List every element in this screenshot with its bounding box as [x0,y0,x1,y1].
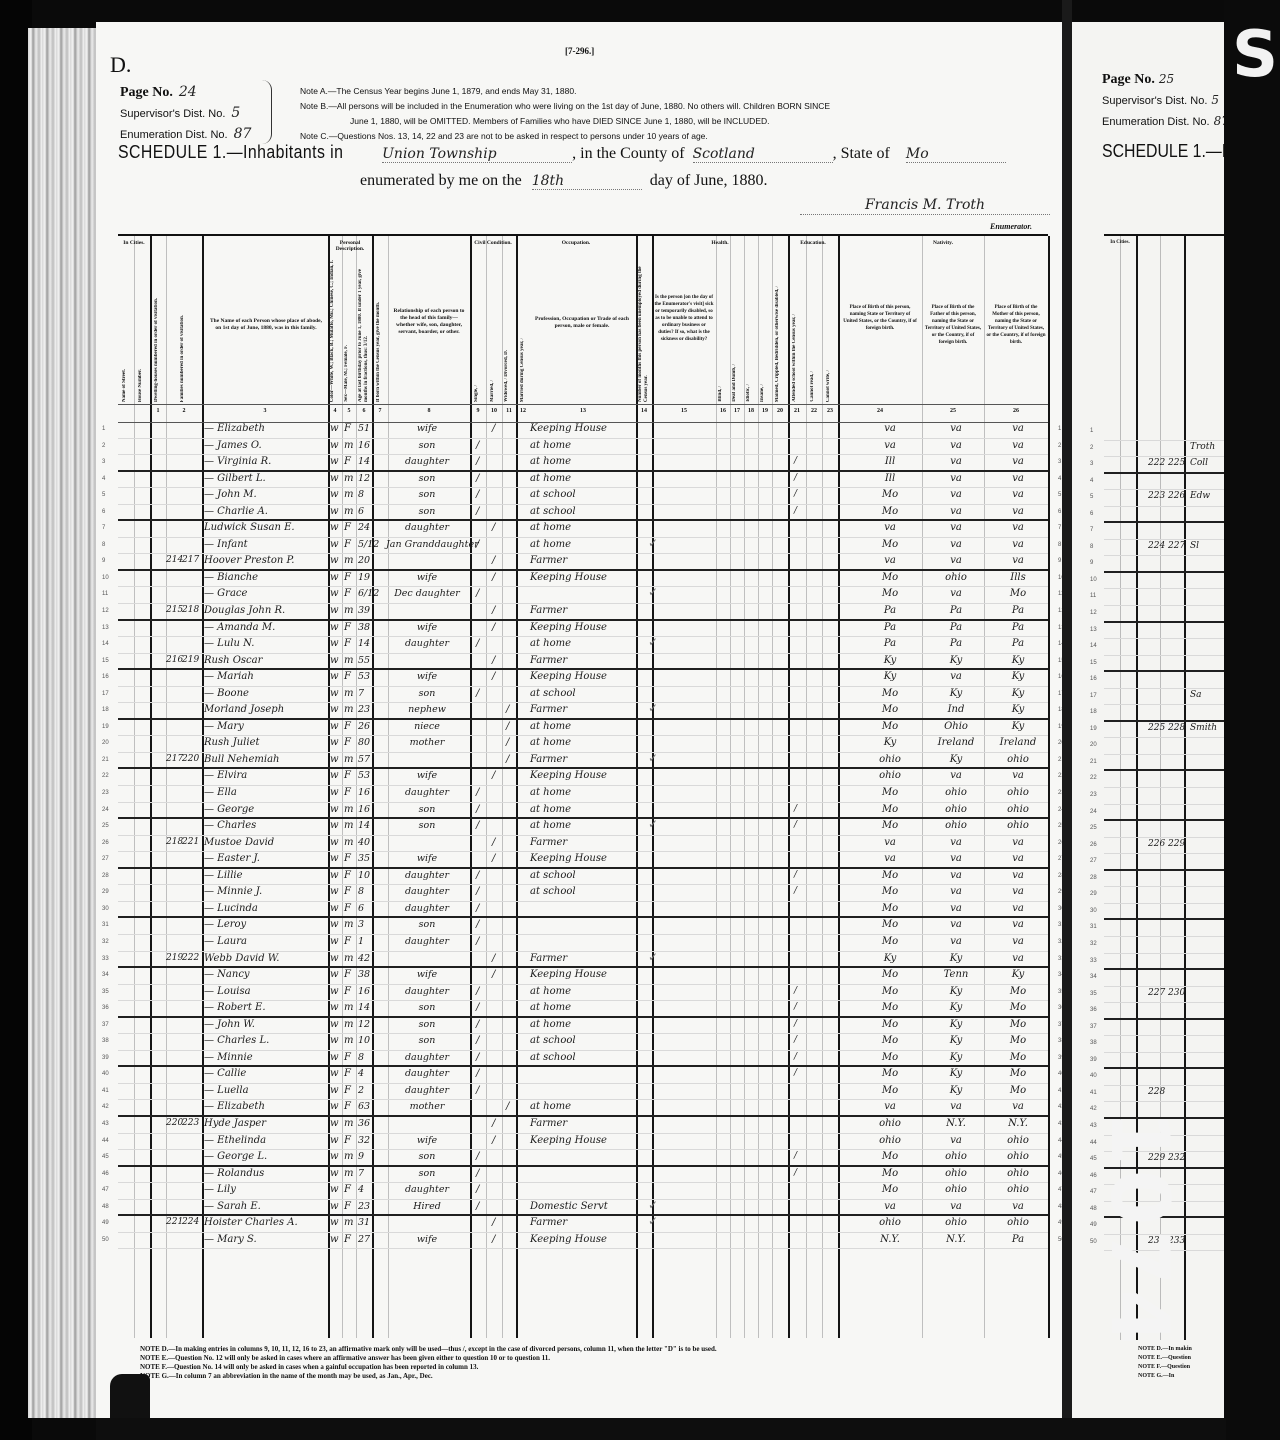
single-mark: / [476,1168,479,1179]
family-number: 222 [182,953,199,963]
colnum: 9 [470,408,486,414]
sex-code: F [344,1234,351,1245]
line-number: 8 [102,542,105,548]
mother-birthplace: va [988,1101,1048,1112]
sex-code: m [344,1217,353,1228]
occupation: at home [530,804,571,815]
single-mark: / [476,820,479,831]
occupation: at home [530,1002,571,1013]
color-code: w [330,770,339,781]
school-mark: / [794,1019,797,1029]
line-number: 16 [1090,676,1097,682]
line-number: 13 [1090,627,1097,633]
single-mark: / [476,456,479,467]
table-row: 40 [1104,1069,1226,1086]
line-number: 23 [1090,792,1097,798]
table-row: 14— Lulu N.wF14daughter/at home✓PaPaPa14 [118,637,1048,654]
single-mark: / [476,688,479,699]
father-birthplace: ohio [926,820,986,831]
person-name: Edw [1190,491,1210,501]
married-mark: / [492,555,495,566]
relationship: daughter [386,1085,468,1096]
mother-birthplace: Mo [988,1035,1048,1046]
line-number: 38 [1090,1040,1097,1046]
table-row: 18Morland Josephwm23nephew/Farmer✓MoIndK… [118,703,1048,720]
occupation: Farmer [530,555,567,566]
father-birthplace: va [926,522,986,533]
person-name: Morland Joseph [204,704,284,715]
single-mark: / [476,936,479,947]
sex-code: m [344,1168,353,1179]
table-row: 13— Amanda M.wF38wife/Keeping HousePaPaP… [118,621,1048,638]
occupation: Farmer [530,953,567,964]
line-number: 4 [1090,478,1093,484]
table-row: 9214217Hoover Preston P.wm20/Farmervavav… [118,554,1048,571]
mother-birthplace: Ky [988,721,1048,732]
dwelling-family-number: 225 228 [1148,723,1185,733]
sex-code: m [344,754,353,765]
single-mark: / [476,489,479,500]
color-code: w [330,804,339,815]
table-row: 37— John W.wm12son/at home/MoKyMo37 [118,1018,1048,1035]
school-mark: / [794,506,797,516]
table-row: 41228 [1104,1086,1226,1103]
line-number: 4 [102,476,105,482]
colnum: 22 [806,408,822,414]
widowed-mark: / [506,754,509,765]
single-mark: / [476,440,479,451]
relationship: mother [386,1101,468,1112]
mother-birthplace: Ky [988,704,1048,715]
occupation: Keeping House [530,423,607,434]
table-row: 7Ludwick Susan E.wF24daughter/at homevav… [118,521,1048,538]
age: 14 [358,820,370,831]
father-birthplace: Ind [926,704,986,715]
adj-enumeration-label: Enumeration Dist. No. [1102,116,1210,128]
father-birthplace: va [926,456,986,467]
relationship: wife [386,1234,468,1245]
father-birthplace: ohio [926,1168,986,1179]
line-number: 24 [102,807,109,813]
note-g: NOTE G.—In column 7 an abbreviation in t… [140,1372,717,1381]
relationship: wife [386,1135,468,1146]
occupation: Farmer [530,655,567,666]
birthplace: Ky [860,953,920,964]
line-number: 21 [1090,759,1097,765]
age: 16 [358,986,370,997]
group-education: Education. [788,240,838,246]
color-code: w [330,986,339,997]
father-birthplace: va [926,1101,986,1112]
single-mark: / [476,1184,479,1195]
table-row: 2Troth [1104,441,1226,458]
age: 16 [358,804,370,815]
table-row: 6— Charlie A.wm6son/at school/Movava6 [118,505,1048,522]
occupation: Domestic Servt [530,1201,608,1212]
birthplace: Mo [860,572,920,583]
age: 38 [358,622,370,633]
colnum: 15 [652,408,716,414]
mother-birthplace: ohio [988,820,1048,831]
mother-birthplace: ohio [988,1217,1048,1228]
table-row: 38— Charles L.wm10son/at school/MoKyMo38 [118,1034,1048,1051]
scan-dark-edge [1224,0,1280,1440]
age: 6 [358,903,364,914]
occupation: at home [530,522,571,533]
color-code: w [330,837,339,848]
line-number: 1 [1090,428,1093,434]
table-row: 22— ElvirawF53wife/Keeping Houseohiovava… [118,769,1048,786]
adj-note-e: NOTE E.—Question [1138,1354,1192,1363]
table-row: 13 [1104,623,1226,640]
father-birthplace: Pa [926,622,986,633]
birthplace: Mo [860,870,920,881]
school-mark: / [794,1168,797,1178]
married-mark: / [492,969,495,980]
birthplace: Mo [860,1068,920,1079]
person-name: — Mary S. [204,1234,257,1245]
birthplace: va [860,440,920,451]
school-mark: / [794,489,797,499]
relationship: daughter [386,787,468,798]
schedule-title: SCHEDULE 1.—Inhabitants in [118,142,343,163]
sex-code: m [344,489,353,500]
father-birthplace: Ky [926,1019,986,1030]
colnum: 13 [530,408,636,414]
mother-birthplace: ohio [988,804,1048,815]
table-row: 46— Rolanduswm7son//Moohioohio46 [118,1167,1048,1184]
line-number: 2 [1090,445,1093,451]
occupation: at home [530,473,571,484]
birthplace: Ky [860,671,920,682]
person-name: Hoister Charles A. [204,1217,298,1228]
col-divider [1048,236,1050,1338]
color-code: w [330,1118,339,1129]
mother-birthplace: va [988,423,1048,434]
line-number: 12 [1090,610,1097,616]
sex-code: m [344,1019,353,1030]
brace-decoration [262,80,272,144]
color-code: w [330,1135,339,1146]
mother-birthplace: Pa [988,622,1048,633]
person-name: — Ella [204,787,237,798]
table-row: 15216219Rush Oscarwm55/FarmerKyKyKy15 [118,654,1048,671]
sex-code: m [344,804,353,815]
colnum: 1 [150,408,166,414]
married-mark: / [492,423,495,434]
person-name: Sl [1190,541,1199,551]
mother-birthplace: ohio [988,754,1048,765]
relationship: son [386,1002,468,1013]
father-birthplace: va [926,588,986,599]
table-row: 47— LilywF4daughter/Moohioohio47 [118,1183,1048,1200]
father-birthplace: va [926,473,986,484]
sex-code: F [344,1068,351,1079]
mother-birthplace: Ky [988,969,1048,980]
occupation: Farmer [530,605,567,616]
verification-check-icon: ✓ [648,635,658,649]
hdr-deaf: Deaf and Dumb, / [732,364,738,402]
married-mark: / [492,655,495,666]
birthplace: va [860,853,920,864]
person-name: Smith [1190,723,1217,733]
occupation: at school [530,506,576,517]
color-code: w [330,870,339,881]
age: 20 [358,555,370,566]
table-row: 26226 229 [1104,838,1226,855]
township-field: Union Township [382,146,572,163]
line-number: 6 [102,509,105,515]
verification-check-icon: ✓ [648,1198,658,1212]
supervisor-value: 5 [231,105,240,121]
person-name: — Mariah [204,671,254,682]
table-row: 10— BianchewF19wife/Keeping HouseMoohioI… [118,571,1048,588]
adj-schedule-title: SCHEDULE 1.—In [1102,141,1235,162]
person-name: Douglas John R. [204,605,285,616]
dwelling-family-number: 223 226 [1148,491,1185,501]
relationship: daughter [386,903,468,914]
sex-code: F [344,522,351,533]
note-b-cont: June 1, 1880, will be OMITTED. Members o… [300,114,830,129]
adjacent-page-metadata: Page No.25 Supervisor's Dist. No.5 Enume… [1102,72,1229,135]
age: 40 [358,837,370,848]
dwelling-number: 216 [166,655,183,665]
color-code: w [330,638,339,649]
birthplace: Mo [860,489,920,500]
mother-birthplace: va [988,473,1048,484]
single-mark: / [476,506,479,517]
single-mark: / [476,903,479,914]
table-row: 3222 225Coll [1104,457,1226,474]
line-number: 2 [102,443,105,449]
table-row: 14 [1104,639,1226,656]
age: 8 [358,489,364,500]
person-name: — Mary [204,721,244,732]
line-number-right: 4 [1058,476,1061,482]
father-birthplace: va [926,1135,986,1146]
adjacent-footer-notes: NOTE D.—In makin NOTE E.—Question NOTE F… [1138,1345,1192,1381]
line-number: 25 [102,823,109,829]
mother-birthplace: ohio [988,1168,1048,1179]
sex-code: F [344,903,351,914]
sex-code: F [344,622,351,633]
age: 53 [358,770,370,781]
line-number: 43 [102,1121,109,1127]
occupation: at home [530,737,571,748]
age: 5/12 [358,539,379,550]
line-number: 24 [1090,809,1097,815]
table-row: 50— Mary S.wF27wife/Keeping HouseN.Y.N.Y… [118,1233,1048,1250]
married-mark: / [492,1234,495,1245]
sex-code: F [344,588,351,599]
father-birthplace: va [926,903,986,914]
occupation: at home [530,638,571,649]
group-occupation: Occupation. [516,240,636,246]
line-number: 32 [1090,941,1097,947]
relationship: daughter [386,638,468,649]
single-mark: / [476,919,479,930]
person-name: — Boone [204,688,249,699]
line-number: 36 [102,1005,109,1011]
school-mark: / [794,1002,797,1012]
table-row: 28 [1104,871,1226,888]
relationship: wife [386,423,468,434]
dwelling-number: 219 [166,953,183,963]
line-number: 5 [1090,494,1093,500]
father-birthplace: va [926,870,986,881]
table-row: 27 [1104,854,1226,871]
birthplace: ohio [860,770,920,781]
relationship: wife [386,671,468,682]
mother-birthplace: va [988,936,1048,947]
relationship: wife [386,572,468,583]
table-row: 3— Virginia R.wF14daughter/at home/Illva… [118,455,1048,472]
color-code: w [330,1101,339,1112]
person-name: — Easter J. [204,853,260,864]
color-code: w [330,886,339,897]
person-name: — George [204,804,254,815]
line-number-right: 7 [1058,525,1061,531]
verification-check-icon: ✓ [648,817,658,831]
mother-birthplace: Mo [988,1052,1048,1063]
table-row: 10 [1104,573,1226,590]
age: 6/12 [358,588,379,599]
birthplace: Mo [860,1168,920,1179]
hdr-married: Married, / [490,380,496,402]
table-row: 5223 226Edw [1104,490,1226,507]
colnum: 21 [788,408,806,414]
page-stack-edge [28,28,98,1418]
colnum: 14 [636,408,652,414]
occupation: at home [530,721,571,732]
age: 8 [358,1052,364,1063]
table-row: 19225 228Smith [1104,722,1226,739]
table-row: 7 [1104,523,1226,540]
birthplace: Mo [860,721,920,732]
verification-check-icon: ✓ [648,950,658,964]
widowed-mark: / [506,1101,509,1112]
mother-birthplace: va [988,506,1048,517]
line-number: 7 [102,525,105,531]
county-field: Scotland [693,146,833,163]
table-row: 40— CalliewF4daughter//MoKyMo40 [118,1067,1048,1084]
color-code: w [330,671,339,682]
line-number-right: 2 [1058,443,1061,449]
line-number: 46 [102,1171,109,1177]
sex-code: F [344,671,351,682]
line-number: 38 [102,1038,109,1044]
colnum: 19 [758,408,772,414]
occupation: at home [530,1101,571,1112]
verification-check-icon: ✓ [648,701,658,715]
line-number: 8 [1090,544,1093,550]
single-mark: / [476,986,479,997]
person-name: — Rolandus [204,1168,264,1179]
school-mark: / [794,1035,797,1045]
occupation: at school [530,489,576,500]
table-row: 6 [1104,507,1226,524]
father-birthplace: N.Y. [926,1118,986,1129]
note-b: Note B.—All persons will be included in … [300,99,830,114]
colnum: 4 [328,408,342,414]
occupation: Keeping House [530,1135,607,1146]
mother-birthplace: Mo [988,1085,1048,1096]
table-row: 8224 227Sl [1104,540,1226,557]
family-number: 219 [182,655,199,665]
school-mark: / [794,1068,797,1078]
occupation: Keeping House [530,572,607,583]
father-birthplace: va [926,423,986,434]
person-name: — Gilbert L. [204,473,266,484]
occupation: at home [530,539,571,550]
note-a: Note A.—The Census Year begins June 1, 1… [300,84,830,99]
age: 51 [358,423,370,434]
footer-notes: NOTE D.—In making entries in columns 9, … [140,1345,717,1381]
table-row: 26218221Mustoe Davidwm40/Farmervavava26 [118,836,1048,853]
birthplace: Mo [860,1002,920,1013]
sex-code: m [344,1151,353,1162]
color-code: w [330,1085,339,1096]
table-row: 24— Georgewm16son/at home/Moohioohio24 [118,803,1048,820]
group-health: Health. [652,240,788,246]
line-number: 37 [1090,1024,1097,1030]
birthplace: Ky [860,737,920,748]
mother-birthplace: Mo [988,986,1048,997]
occupation: Farmer [530,754,567,765]
father-birthplace: va [926,671,986,682]
color-code: w [330,704,339,715]
relationship: wife [386,853,468,864]
birthplace: ohio [860,1217,920,1228]
color-code: w [330,555,339,566]
line-number: 9 [1090,560,1093,566]
line-number: 1 [102,426,105,432]
relationship: daughter [386,1068,468,1079]
birthplace: Ky [860,655,920,666]
line-number: 22 [102,773,109,779]
group-personal: Personal Description. [328,240,372,252]
birthplace: va [860,1101,920,1112]
census-table: In Cities. Personal Description. Civil C… [118,236,1048,1338]
table-row: 33 [1104,954,1226,971]
birthplace: va [860,1201,920,1212]
table-row: 49221224Hoister Charles A.wm31/Farmer✓oh… [118,1216,1048,1233]
single-mark: / [476,1035,479,1046]
father-birthplace: Ky [926,953,986,964]
occupation: Keeping House [530,622,607,633]
line-number: 9 [102,558,105,564]
occupation: Keeping House [530,853,607,864]
line-number: 30 [1090,908,1097,914]
person-name: — Laura [204,936,247,947]
hdr-relationship: Relationship of each person to the head … [392,308,466,336]
table-row: 20Rush JulietwF80mother/at homeKyIreland… [118,736,1048,753]
line-number: 18 [102,707,109,713]
scan-bottom-edge [96,1418,1226,1440]
birthplace: Mo [860,820,920,831]
table-row: 31 [1104,920,1226,937]
color-code: w [330,754,339,765]
mother-birthplace: va [988,1201,1048,1212]
father-birthplace: Ky [926,688,986,699]
mother-birthplace: va [988,837,1048,848]
adj-group-in-cities: In Cities. [1104,240,1136,245]
color-code: w [330,1168,339,1179]
hdr-widowed: Widowed, / Divorced, D. [504,350,510,402]
age: 27 [358,1234,370,1245]
colnum: 11 [502,408,516,414]
relationship: son [386,440,468,451]
